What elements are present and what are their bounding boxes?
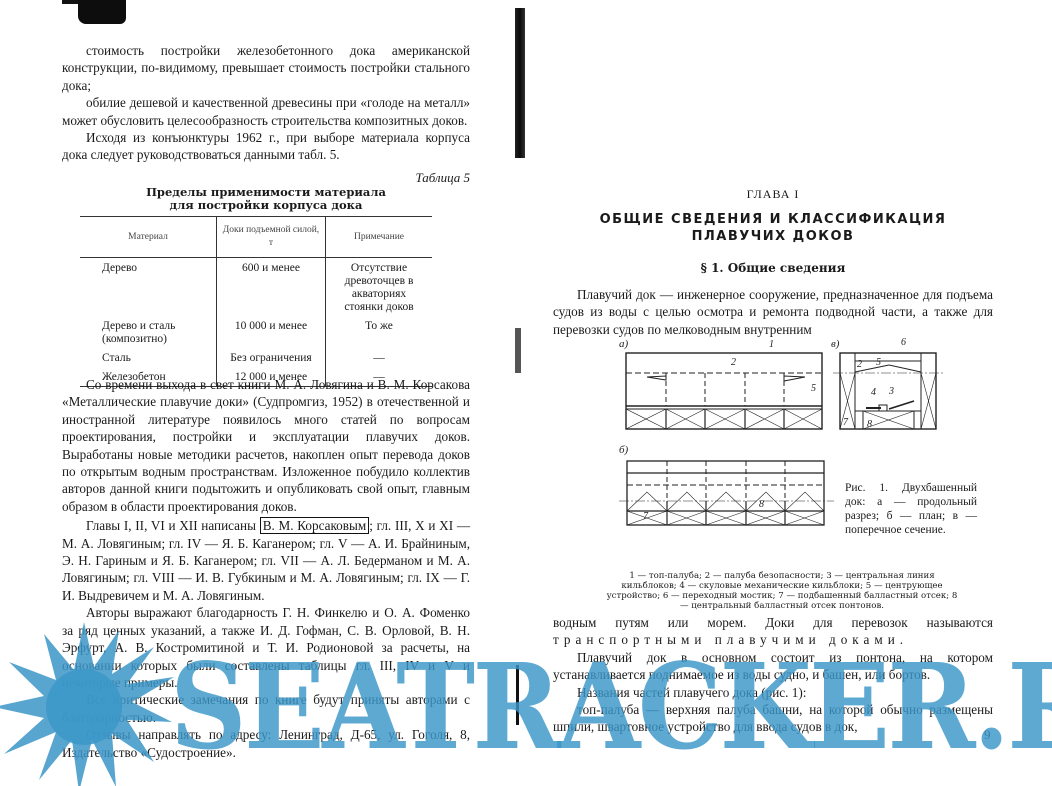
table-caption: Таблица 5 [62,170,470,186]
panel-a-label: а) [619,338,629,350]
cell-capacity: 10 000 и менее [217,316,326,348]
cell-note: То же [326,316,433,348]
paragraph: Со времени выхода в свет книги М. А. Лов… [62,376,470,515]
column-header: Материал [80,217,217,258]
materials-table: Материал Доки подъемной силой, т Примеча… [80,216,432,387]
boxed-author-name: В. М. Корсаковым [260,517,370,534]
table-row: Сталь Без ограничения — [80,348,432,367]
paragraph: обилие дешевой и качественной древесины … [62,94,470,129]
table-5: Таблица 5 Пределы применимости материала… [62,170,470,387]
svg-text:8: 8 [759,499,764,510]
paragraph: Плавучий док — инженерное сооружение, пр… [553,286,993,338]
svg-text:4: 4 [871,387,876,398]
svg-text:6: 6 [901,337,906,348]
svg-text:5: 5 [811,383,816,394]
watermark-sun-icon [0,622,174,786]
table-title: для постройки корпуса дока [62,199,470,212]
authors-prefix: Главы I, II, VI и XII написаны [86,518,260,533]
chapter-title-line: ОБЩИЕ СВЕДЕНИЯ И КЛАССИФИКАЦИЯ [553,211,993,228]
svg-text:7: 7 [643,511,649,522]
table-row: Дерево 600 и менее Отсутствие древоточце… [80,258,432,317]
column-header: Доки подъемной силой, т [217,217,326,258]
paragraph: стоимость постройки железобетонного дока… [62,42,470,94]
table-row: Дерево и сталь (композитно) 10 000 и мен… [80,316,432,348]
cell-note: — [326,348,433,367]
svg-text:1: 1 [769,339,774,350]
cell-material: Дерево [80,258,217,317]
cell-capacity: 600 и менее [217,258,326,317]
book-gutter-mark [515,328,521,373]
cell-note: Отсутствие древоточцев в акваториях стоя… [326,258,433,317]
cell-material: Сталь [80,348,217,367]
paragraph-authors: Главы I, II, VI и XII написаны В. М. Кор… [62,517,470,604]
column-header: Примечание [326,217,433,258]
panel-b-label: б) [619,444,629,456]
panel-v-label: в) [831,338,840,350]
svg-text:2: 2 [731,357,736,368]
cell-material: Дерево и сталь (композитно) [80,316,217,348]
paragraph-text: водным путям или морем. Доки для перевоз… [553,615,993,630]
chapter-title: ОБЩИЕ СВЕДЕНИЯ И КЛАССИФИКАЦИЯ ПЛАВУЧИХ … [553,211,993,245]
figure-caption: Рис. 1. Двухбашенный док: а — продольный… [845,481,977,537]
paragraph: Исходя из конъюнктуры 1962 г., при выбор… [62,129,470,164]
section-title: § 1. Общие сведения [553,261,993,275]
svg-text:3: 3 [888,386,894,397]
chapter-title-line: ПЛАВУЧИХ ДОКОВ [553,228,993,245]
watermark-text: SEATRACKER.RU [170,657,1052,757]
chapter-label: ГЛАВА I [553,187,993,202]
book-gutter [515,8,525,158]
svg-text:7: 7 [843,417,849,428]
figure-legend: 1 — топ-палуба; 2 — палуба безопасности;… [601,571,963,611]
cell-capacity: Без ограничения [217,348,326,367]
